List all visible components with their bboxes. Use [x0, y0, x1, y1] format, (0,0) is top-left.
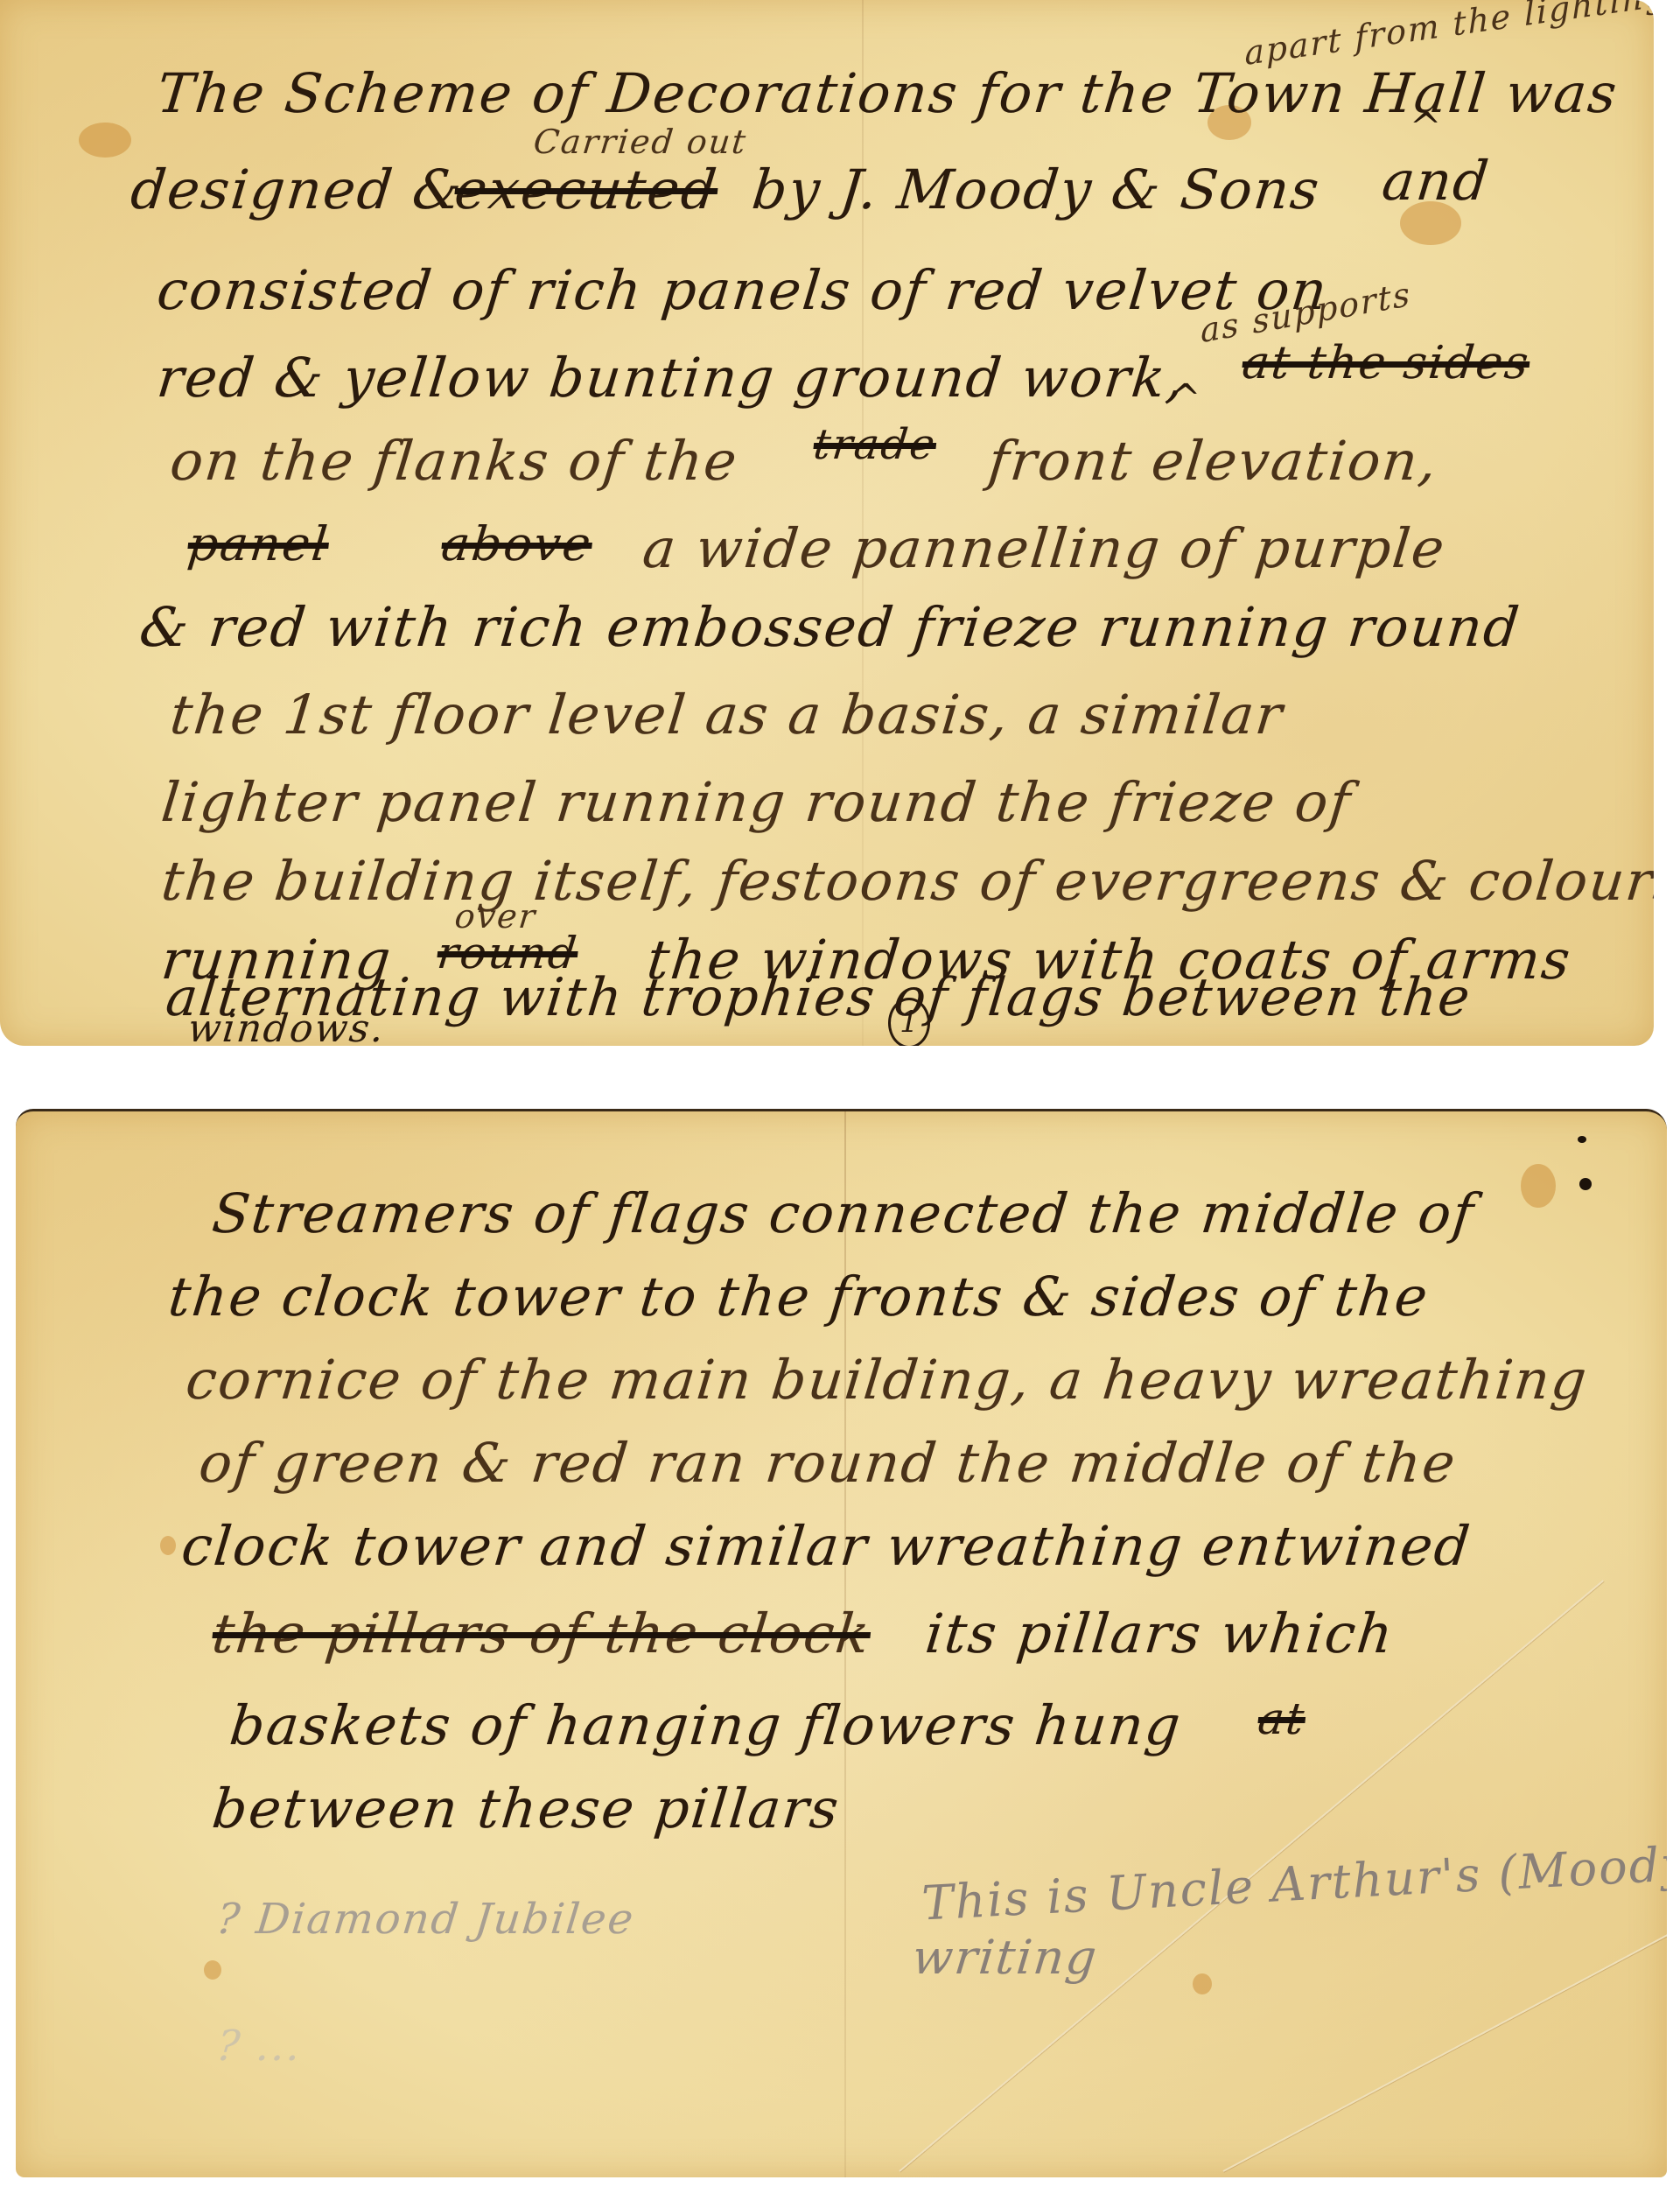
text-line-9: lighter panel running round the frieze o… [158, 770, 1354, 834]
insertion-carried-out: Carried out [532, 123, 749, 161]
pencil-note-attribution: This is Uncle Arthur's (Moody) [920, 1834, 1667, 1931]
ink-blot [1578, 1136, 1586, 1143]
struck-word-panel: panel [185, 516, 332, 571]
text-line-6: a wide pannelling of purple [640, 516, 1449, 580]
text-line-8: the 1st floor level as a basis, a simila… [167, 683, 1286, 747]
foxing-stain [204, 1960, 221, 1980]
struck-word-executed: executed [451, 158, 721, 221]
text-line-7: & red with rich embossed frieze running … [136, 595, 1523, 659]
text-line-3: cornice of the main building, a heavy wr… [183, 1348, 1591, 1412]
insertion-and: and [1379, 149, 1493, 213]
text-line-1: The Scheme of Decorations for the Town H… [154, 61, 1621, 125]
page-number-circle: 1 [888, 998, 930, 1046]
text-line-13: windows. [185, 1006, 387, 1046]
text-line-5: on the flanks of the [167, 429, 741, 493]
text-line-2b: by J. Moody & Sons [749, 158, 1324, 221]
foxing-stain [1193, 1973, 1212, 1994]
struck-word-at: at [1256, 1693, 1308, 1744]
foxing-stain [1521, 1164, 1556, 1208]
struck-word-trade: trade [811, 420, 939, 469]
handwritten-card-page-1: apart from the lighting The Scheme of De… [0, 0, 1654, 1046]
pencil-note-writing: writing [910, 1930, 1101, 1985]
struck-words-at-the-sides: at the sides [1240, 337, 1532, 389]
foxing-stain [79, 123, 131, 158]
text-line-5: clock tower and similar wreathing entwin… [178, 1514, 1474, 1578]
handwritten-card-page-2: Streamers of flags connected the middle … [16, 1109, 1667, 2177]
paper-crease [1223, 1924, 1667, 2171]
text-line-6: its pillars which [922, 1602, 1397, 1665]
foxing-stain [160, 1536, 176, 1555]
pencil-faint-erased-line: ? ... [214, 2022, 304, 2071]
pencil-faint-diamond-jubilee: ? Diamond Jubilee [214, 1895, 637, 1944]
text-line-1: Streamers of flags connected the middle … [209, 1181, 1478, 1245]
text-line-8: between these pillars [209, 1777, 843, 1840]
struck-words-the-pillars-of-the-clock: the pillars of the clock [209, 1602, 874, 1665]
text-line-2: designed & [128, 158, 466, 221]
text-line-5b: front elevation, [985, 429, 1441, 493]
text-line-2: the clock tower to the fronts & sides of… [165, 1265, 1432, 1328]
ink-blot [1579, 1178, 1592, 1190]
struck-word-above: above [439, 516, 595, 571]
caret-mark: ^ [1406, 105, 1445, 150]
text-line-10: the building itself, festoons of evergre… [158, 849, 1654, 913]
text-line-4: of green & red ran round the middle of t… [196, 1431, 1459, 1495]
text-line-7: baskets of hanging flowers hung [227, 1693, 1185, 1757]
text-line-3: consisted of rich panels of red velvet o… [154, 258, 1331, 322]
caret-mark: ^ [1165, 376, 1204, 421]
text-line-4: red & yellow bunting ground work, [154, 346, 1189, 410]
